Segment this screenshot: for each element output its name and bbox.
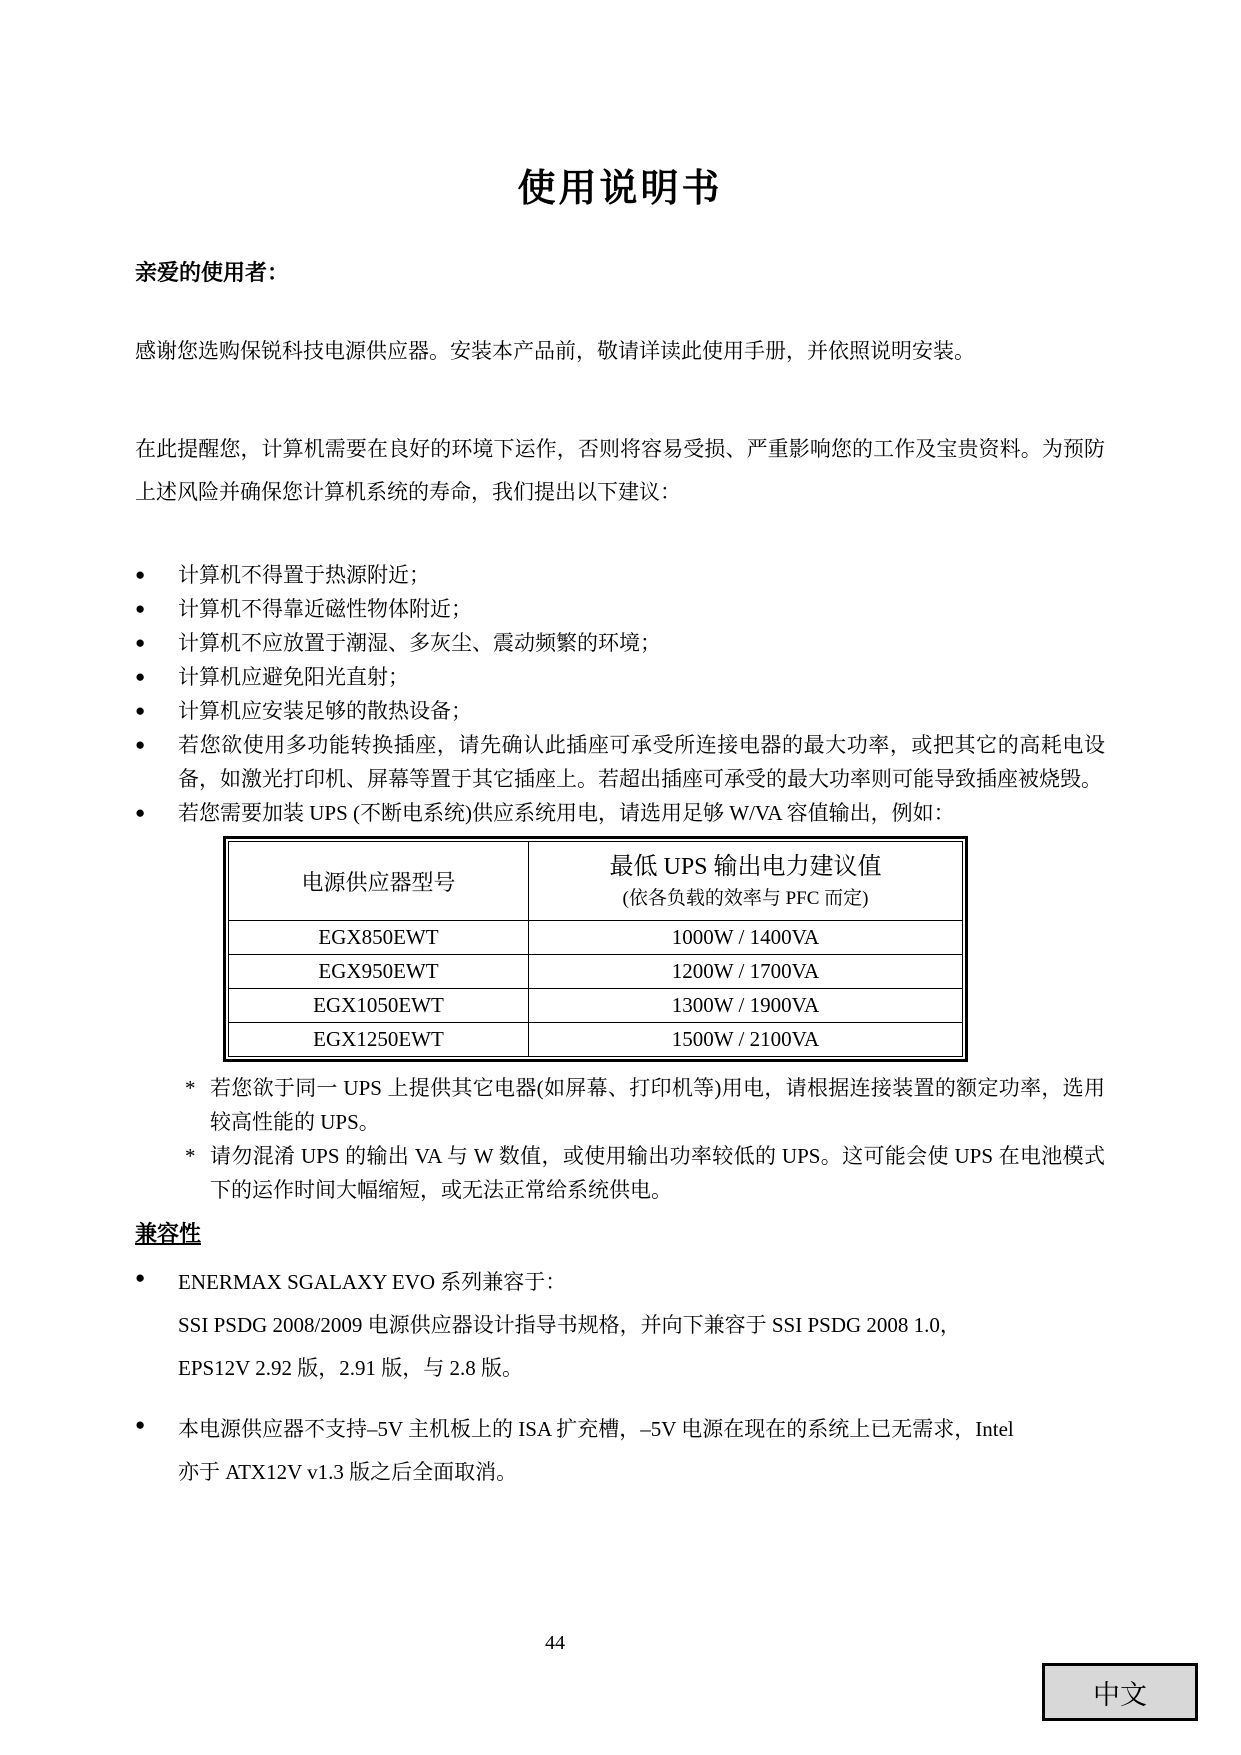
list-item-text: 计算机不应放置于潮湿、多灰尘、震动频繁的环境；	[178, 626, 1105, 660]
model-cell: EGX950EWT	[229, 955, 529, 989]
model-cell: EGX850EWT	[229, 921, 529, 955]
bullet-icon: ●	[135, 558, 178, 592]
ups-cell: 1300W / 1900VA	[529, 989, 963, 1023]
list-item-text: 计算机应安装足够的散热设备；	[178, 694, 1105, 728]
bullet-icon: ●	[135, 592, 178, 626]
asterisk-marker: *	[185, 1139, 210, 1207]
list-item: ● 若您需要加装 UPS (不断电系统)供应系统用电，请选用足够 W/VA 容值…	[135, 796, 1105, 830]
note-item: * 若您欲于同一 UPS 上提供其它电器(如屏幕、打印机等)用电，请根据连接装置…	[135, 1071, 1105, 1139]
asterisk-marker: *	[185, 1071, 210, 1139]
compat-line: SSI PSDG 2008/2009 电源供应器设计指导书规格，并向下兼容于 S…	[178, 1304, 1105, 1347]
list-item-text: 计算机不得靠近磁性物体附近；	[178, 592, 1105, 626]
list-item: ● 计算机不得置于热源附近；	[135, 558, 1105, 592]
compatibility-heading: 兼容性	[135, 1219, 1105, 1249]
manual-page: 使用说明书 亲爱的使用者： 感谢您选购保锐科技电源供应器。安装本产品前，敬请详读…	[0, 0, 1241, 1755]
compat-item-text: ENERMAX SGALAXY EVO 系列兼容于： SSI PSDG 2008…	[178, 1261, 1105, 1390]
bullet-icon: ●	[135, 660, 178, 694]
compat-item: ● ENERMAX SGALAXY EVO 系列兼容于： SSI PSDG 20…	[135, 1261, 1105, 1390]
table-header-ups: 最低 UPS 输出电力建议值 (依各负载的效率与 PFC 而定)	[529, 842, 963, 921]
notes: * 若您欲于同一 UPS 上提供其它电器(如屏幕、打印机等)用电，请根据连接装置…	[135, 1071, 1105, 1207]
note-item: * 请勿混淆 UPS 的输出 VA 与 W 数值，或使用输出功率较低的 UPS。…	[135, 1139, 1105, 1207]
table-row: EGX950EWT 1200W / 1700VA	[229, 955, 963, 989]
bullet-icon: ●	[135, 796, 178, 830]
ups-cell: 1000W / 1400VA	[529, 921, 963, 955]
ups-table-frame: 电源供应器型号 最低 UPS 输出电力建议值 (依各负载的效率与 PFC 而定)…	[223, 836, 968, 1062]
page-number: 44	[0, 1630, 1110, 1656]
ups-cell: 1500W / 2100VA	[529, 1023, 963, 1057]
page-title: 使用说明书	[135, 166, 1105, 212]
compat-line: EPS12V 2.92 版，2.91 版，与 2.8 版。	[178, 1347, 1105, 1390]
list-item-text: 计算机应避免阳光直射；	[178, 660, 1105, 694]
compat-line: 亦于 ATX12V v1.3 版之后全面取消。	[178, 1451, 1105, 1494]
note-text: 请勿混淆 UPS 的输出 VA 与 W 数值，或使用输出功率较低的 UPS。这可…	[210, 1139, 1105, 1207]
language-badge: 中文	[1042, 1663, 1198, 1721]
note-text: 若您欲于同一 UPS 上提供其它电器(如屏幕、打印机等)用电，请根据连接装置的额…	[210, 1071, 1105, 1139]
list-item: ● 计算机应避免阳光直射；	[135, 660, 1105, 694]
bullet-icon: ●	[135, 1408, 178, 1494]
compat-item-text: 本电源供应器不支持–5V 主机板上的 ISA 扩充槽，–5V 电源在现在的系统上…	[178, 1408, 1105, 1494]
compat-line: ENERMAX SGALAXY EVO 系列兼容于：	[178, 1261, 1105, 1304]
salutation: 亲爱的使用者：	[135, 258, 1105, 288]
model-cell: EGX1050EWT	[229, 989, 529, 1023]
table-header-row: 电源供应器型号 最低 UPS 输出电力建议值 (依各负载的效率与 PFC 而定)	[229, 842, 963, 921]
ups-table: 电源供应器型号 最低 UPS 输出电力建议值 (依各负载的效率与 PFC 而定)…	[228, 841, 963, 1057]
list-item-text: 若您欲使用多功能转换插座，请先确认此插座可承受所连接电器的最大功率，或把其它的高…	[178, 728, 1105, 796]
list-item: ● 计算机不应放置于潮湿、多灰尘、震动频繁的环境；	[135, 626, 1105, 660]
table-row: EGX1250EWT 1500W / 2100VA	[229, 1023, 963, 1057]
ups-cell: 1200W / 1700VA	[529, 955, 963, 989]
advice-list: ● 计算机不得置于热源附近； ● 计算机不得靠近磁性物体附近； ● 计算机不应放…	[135, 558, 1105, 830]
bullet-icon: ●	[135, 1261, 178, 1390]
bullet-icon: ●	[135, 626, 178, 660]
list-item-text: 计算机不得置于热源附近；	[178, 558, 1105, 592]
list-item: ● 计算机应安装足够的散热设备；	[135, 694, 1105, 728]
page-content: 使用说明书 亲爱的使用者： 感谢您选购保锐科技电源供应器。安装本产品前，敬请详读…	[135, 0, 1105, 1494]
table-header-model: 电源供应器型号	[229, 842, 529, 921]
intro-paragraph-1: 感谢您选购保锐科技电源供应器。安装本产品前，敬请详读此使用手册，并依照说明安装。	[135, 330, 1105, 373]
compat-line: 本电源供应器不支持–5V 主机板上的 ISA 扩充槽，–5V 电源在现在的系统上…	[178, 1408, 1105, 1451]
list-item: ● 若您欲使用多功能转换插座，请先确认此插座可承受所连接电器的最大功率，或把其它…	[135, 728, 1105, 796]
bullet-icon: ●	[135, 694, 178, 728]
list-item-text: 若您需要加装 UPS (不断电系统)供应系统用电，请选用足够 W/VA 容值输出…	[178, 796, 1105, 830]
model-cell: EGX1250EWT	[229, 1023, 529, 1057]
compat-item: ● 本电源供应器不支持–5V 主机板上的 ISA 扩充槽，–5V 电源在现在的系…	[135, 1408, 1105, 1494]
bullet-icon: ●	[135, 728, 178, 796]
table-row: EGX850EWT 1000W / 1400VA	[229, 921, 963, 955]
compatibility-list: ● ENERMAX SGALAXY EVO 系列兼容于： SSI PSDG 20…	[135, 1261, 1105, 1494]
table-header-ups-line2: (依各负载的效率与 PFC 而定)	[529, 885, 962, 913]
list-item: ● 计算机不得靠近磁性物体附近；	[135, 592, 1105, 626]
intro-paragraph-2: 在此提醒您，计算机需要在良好的环境下运作，否则将容易受损、严重影响您的工作及宝贵…	[135, 428, 1105, 514]
table-row: EGX1050EWT 1300W / 1900VA	[229, 989, 963, 1023]
table-header-ups-line1: 最低 UPS 输出电力建议值	[529, 849, 962, 885]
